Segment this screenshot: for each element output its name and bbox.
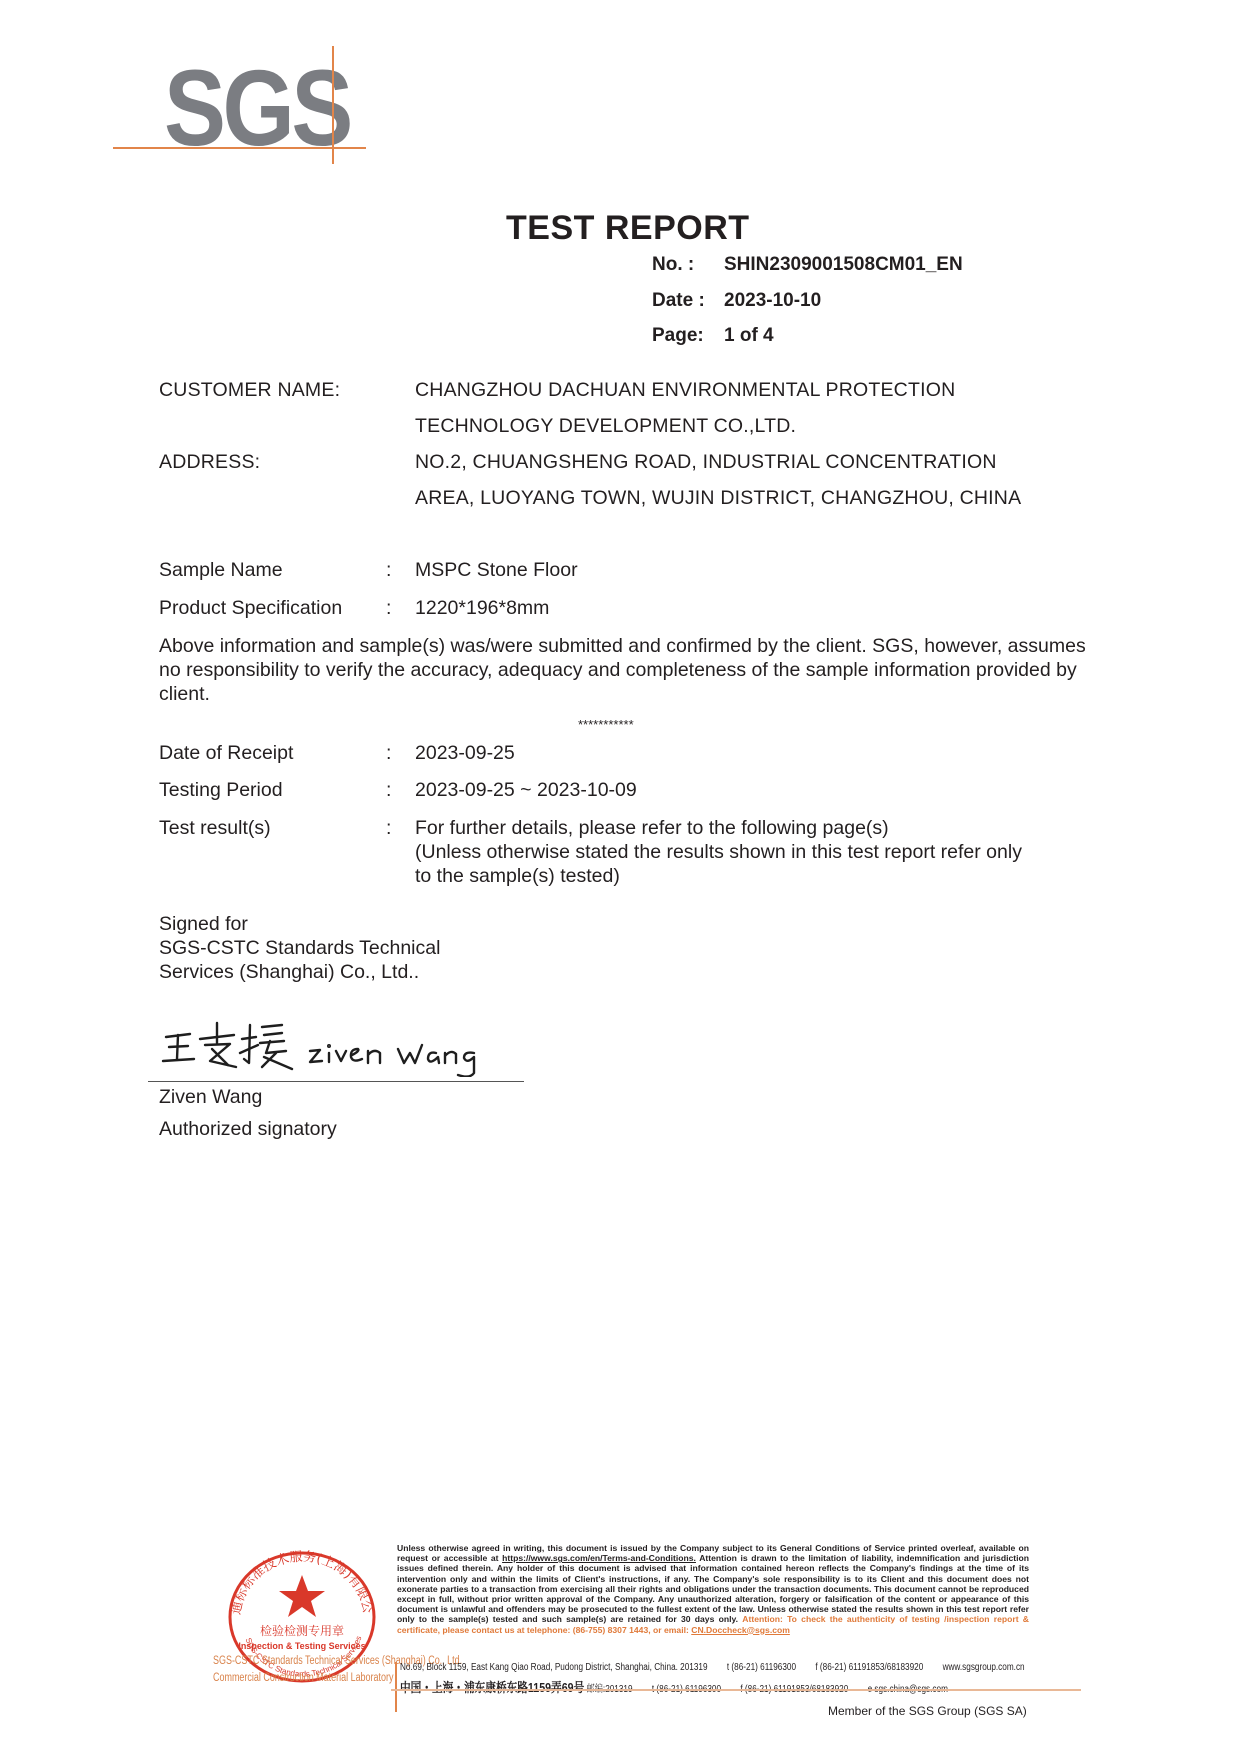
report-page-value: 1 of 4 [724, 325, 774, 347]
footer-vertical-rule [395, 1662, 397, 1712]
testing-period-label: Testing Period [159, 779, 283, 802]
report-no-label: No. : [652, 254, 694, 276]
signatory-role: Authorized signatory [159, 1118, 337, 1141]
receipt-date-colon: : [386, 742, 391, 765]
handwritten-signature [160, 1015, 500, 1077]
test-result-line2: (Unless otherwise stated the results sho… [415, 841, 1022, 864]
report-no-value: SHIN2309001508CM01_EN [724, 254, 963, 276]
signatory-name: Ziven Wang [159, 1086, 262, 1109]
report-page-label: Page: [652, 325, 704, 347]
stamp-caption-line2: Commercial Construction Material Laborat… [213, 1672, 393, 1684]
sample-name-label: Sample Name [159, 559, 283, 582]
customer-name-label: CUSTOMER NAME: [159, 379, 340, 402]
customer-name-line2: TECHNOLOGY DEVELOPMENT CO.,LTD. [415, 415, 796, 438]
product-spec-value: 1220*196*8mm [415, 597, 549, 620]
sgs-logo: SGS [113, 46, 368, 166]
product-spec-label: Product Specification [159, 597, 342, 620]
section-separator: *********** [578, 717, 634, 732]
signing-company-line2: Services (Shanghai) Co., Ltd.. [159, 961, 419, 984]
test-result-line3: to the sample(s) tested) [415, 865, 620, 888]
report-title: TEST REPORT [506, 209, 750, 248]
sample-name-colon: : [386, 559, 391, 582]
testing-period-value: 2023-09-25 ~ 2023-10-09 [415, 779, 637, 802]
sample-disclaimer: Above information and sample(s) was/were… [159, 634, 1089, 706]
address-cn: 中国・上海・浦东康桥东路1159弄69号 [400, 1680, 584, 1695]
testing-period-colon: : [386, 779, 391, 802]
logo-horizontal-rule [113, 147, 366, 149]
address-line1: NO.2, CHUANGSHENG ROAD, INDUSTRIAL CONCE… [415, 451, 997, 474]
telephone: t (86-21) 61196300 [727, 1662, 796, 1673]
receipt-date-label: Date of Receipt [159, 742, 293, 765]
report-date-label: Date : [652, 290, 705, 312]
doccheck-email-link[interactable]: CN.Doccheck@sgs.com [691, 1625, 790, 1635]
test-result-line1: For further details, please refer to the… [415, 817, 889, 840]
svg-text:检验检测专用章: 检验检测专用章 [260, 1623, 344, 1638]
star-icon [279, 1575, 325, 1617]
address-en: No.69, Block 1159, East Kang Qiao Road, … [400, 1662, 708, 1673]
report-date-value: 2023-10-10 [724, 290, 821, 312]
terms-and-conditions: Unless otherwise agreed in writing, this… [397, 1543, 1029, 1635]
logo-vertical-rule [332, 46, 334, 164]
terms-link[interactable]: https://www.sgs.com/en/Terms-and-Conditi… [502, 1553, 696, 1563]
signature-line [148, 1081, 524, 1082]
customer-name-line1: CHANGZHOU DACHUAN ENVIRONMENTAL PROTECTI… [415, 379, 955, 402]
sgs-group-membership: Member of the SGS Group (SGS SA) [828, 1704, 1027, 1718]
receipt-date-value: 2023-09-25 [415, 742, 515, 765]
fax: f (86-21) 61191853/68183920 [815, 1662, 923, 1673]
sample-name-value: MSPC Stone Floor [415, 559, 578, 582]
sgs-logo-text: SGS [164, 54, 350, 162]
product-spec-colon: : [386, 597, 391, 620]
footer-horizontal-rule [391, 1689, 1081, 1691]
svg-text:Inspection & Testing Services: Inspection & Testing Services [238, 1641, 365, 1651]
signing-company-line1: SGS-CSTC Standards Technical [159, 937, 440, 960]
address-label: ADDRESS: [159, 451, 260, 474]
address-line2: AREA, LUOYANG TOWN, WUJIN DISTRICT, CHAN… [415, 487, 1021, 510]
footer-address-en-row: No.69, Block 1159, East Kang Qiao Road, … [400, 1662, 1025, 1673]
footer-address-cn-row: 中国・上海・浦东康桥东路1159弄69号 邮编:201319 t (86-21)… [400, 1677, 948, 1696]
test-result-label: Test result(s) [159, 817, 271, 840]
signed-for-label: Signed for [159, 913, 248, 936]
test-result-colon: : [386, 817, 391, 840]
website-link[interactable]: www.sgsgroup.com.cn [943, 1662, 1025, 1673]
